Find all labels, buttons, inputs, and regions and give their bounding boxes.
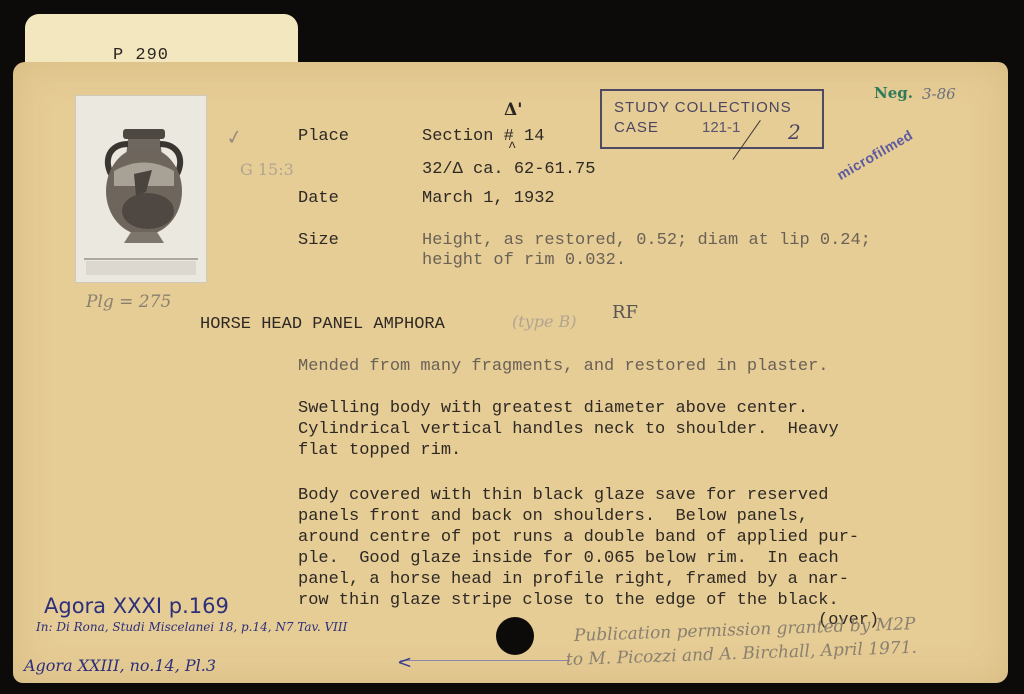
- description-para-3-line-3: around centre of pot runs a double band …: [298, 527, 859, 548]
- pencil-note-type: (type B): [512, 312, 577, 331]
- object-title: HORSE HEAD PANEL AMPHORA: [200, 314, 445, 335]
- punch-hole: [496, 617, 534, 655]
- grid-value: 32/Δ ca. 62-61.75: [422, 159, 595, 180]
- ink-note-agora-xxxi: Agora XXXI p.169: [44, 594, 229, 618]
- arrow-left-icon: <: [397, 652, 412, 673]
- ink-note-agora-xxiii: Agora XXIII, no.14, Pl.3: [24, 656, 216, 675]
- description-para-3-line-2: panels front and back on shoulders. Belo…: [298, 506, 808, 527]
- amphora-image-icon: [76, 96, 206, 282]
- description-para-3-line-4: ple. Good glaze inside for 0.065 below r…: [298, 548, 839, 569]
- date-label: Date: [298, 188, 339, 209]
- description-para-3-line-5: panel, a horse head in profile right, fr…: [298, 569, 849, 590]
- negative-label: Neg.: [874, 84, 913, 102]
- description-para-2-line-3: flat topped rim.: [298, 440, 461, 461]
- description-para-2-line-1: Swelling body with greatest diameter abo…: [298, 398, 808, 419]
- size-label: Size: [298, 230, 339, 251]
- pencil-arrow-line: [400, 660, 570, 661]
- size-line-1: Height, as restored, 0.52; diam at lip 0…: [422, 230, 871, 251]
- pencil-note-rf: RF: [612, 302, 638, 323]
- place-label: Place: [298, 126, 349, 147]
- stamp-slash-number: 2: [788, 120, 801, 144]
- ink-note-reference: In: Di Rona, Studi Miscelanei 18, p.14, …: [36, 620, 347, 634]
- date-value: March 1, 1932: [422, 188, 555, 209]
- caret-mark: ^: [508, 138, 516, 159]
- description-para-3-line-1: Body covered with thin black glaze save …: [298, 485, 829, 506]
- amphora-photo: [76, 96, 206, 282]
- negative-value: 3-86: [922, 85, 956, 103]
- stamp-line-1: STUDY COLLECTIONS: [614, 99, 792, 116]
- pencil-note-plg: Plg = 275: [86, 292, 171, 312]
- pencil-grid-note: G 15:3: [240, 160, 294, 179]
- stamp-case-number: 121-1: [702, 119, 740, 136]
- section-delta-annotation: Δ': [504, 100, 522, 120]
- description-para-1: Mended from many fragments, and restored…: [298, 356, 829, 377]
- size-line-2: height of rim 0.032.: [422, 250, 626, 271]
- description-para-3-line-6: row thin glaze stripe close to the edge …: [298, 590, 839, 611]
- stamp-line-2: CASE: [614, 119, 659, 136]
- place-value: Section # 14: [422, 126, 544, 147]
- description-para-2-line-2: Cylindrical vertical handles neck to sho…: [298, 419, 839, 440]
